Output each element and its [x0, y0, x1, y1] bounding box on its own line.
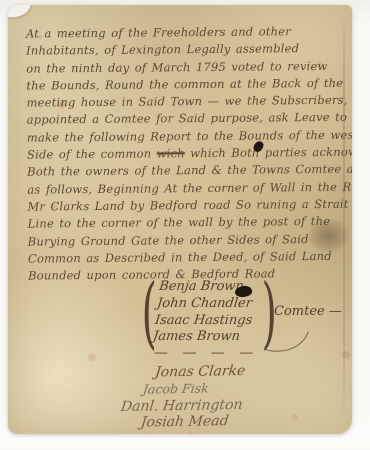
committee-signature: James Brown [152, 329, 251, 346]
manuscript-page: At a meeting of the Freeholders and othe… [8, 5, 352, 434]
committee-signature: Isaac Hastings [154, 313, 253, 330]
witness-signatures: Jonas Clarke Jacob Fisk Danl. Harrington… [114, 363, 248, 432]
committee-label: Comtee — [274, 304, 342, 319]
manuscript-line: Common as Described in the Deed, of Said… [28, 247, 352, 267]
line-segment: Side of the common [27, 147, 157, 162]
torn-corner [8, 5, 32, 20]
dashed-divider: — — — — [154, 345, 258, 361]
committee-signature: John Chandler [156, 296, 255, 313]
manuscript-line: Line to the corner of the wall by the po… [28, 213, 352, 233]
witness-signature: Jonas Clarke [154, 363, 248, 381]
witness-signature: Danl. Harrington [120, 396, 244, 415]
witness-signature: Josiah Mead [140, 413, 242, 432]
manuscript-body: At a meeting of the Freeholders and othe… [26, 22, 352, 285]
line-segment: which Both parties acknowledg [185, 145, 352, 161]
witness-signature: Jacob Fisk [142, 380, 246, 399]
scan-bottom-fade [0, 436, 370, 450]
struck-word: wich [157, 146, 185, 160]
